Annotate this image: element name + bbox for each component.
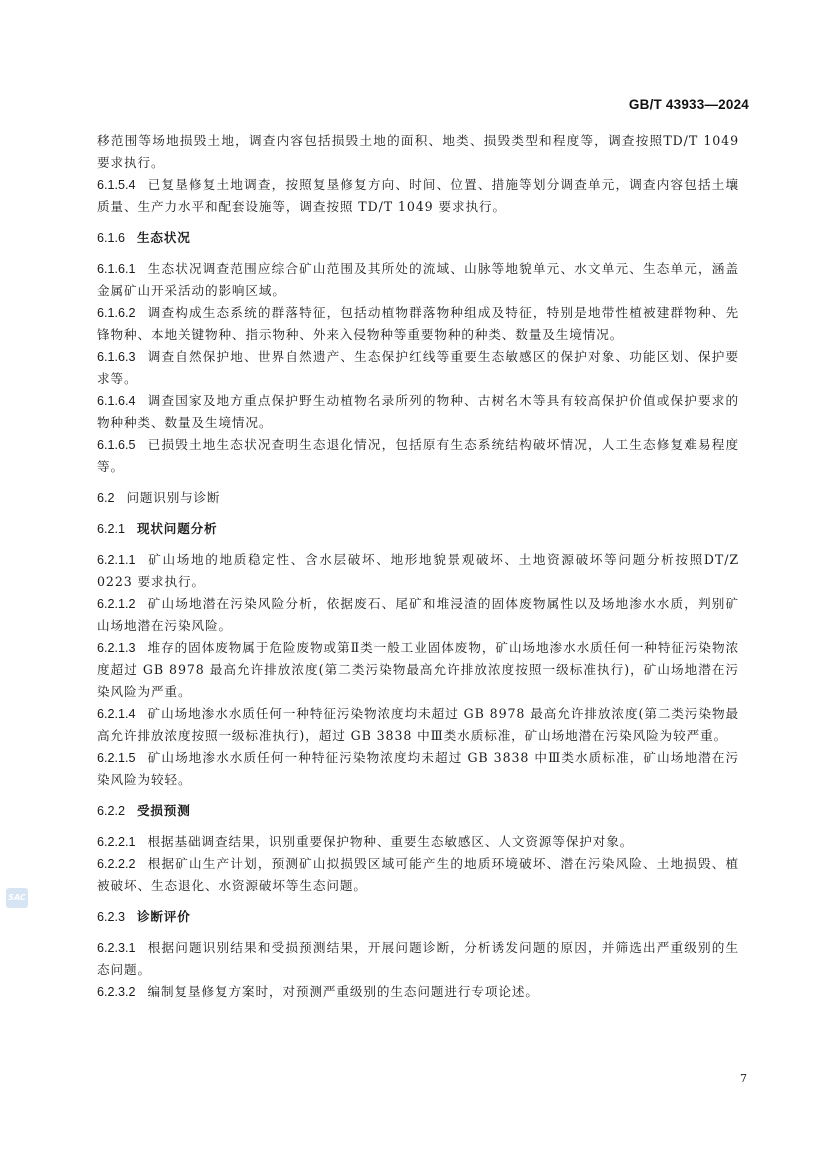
clause-number: 6.1.6.3: [97, 350, 136, 364]
paragraph-text: 已复垦修复土地调查，按照复垦修复方向、时间、位置、措施等划分调查单元，调查内容包…: [97, 177, 739, 214]
paragraph-text: 根据矿山生产计划，预测矿山拟损毁区域可能产生的地质环境破坏、潜在污染风险、土地损…: [97, 856, 739, 893]
section-number: 6.2.2: [97, 804, 125, 818]
clause-6-2-1-2: 6.2.1.2矿山场地潜在污染风险分析，依据废石、尾矿和堆浸渣的固体废物属性以及…: [97, 593, 739, 637]
paragraph-text: 调查国家及地方重点保护野生动植物名录所列的物种、古树名木等具有较高保护价值或保护…: [97, 393, 739, 430]
clause-number: 6.1.6.4: [97, 394, 136, 408]
clause-number: 6.1.5.4: [97, 178, 136, 192]
clause-6-1-6-5: 6.1.6.5已损毁土地生态状况查明生态退化情况，包括原有生态系统结构破坏情况，…: [97, 434, 739, 478]
paragraph-continued: 移范围等场地损毁土地，调查内容包括损毁土地的面积、地类、损毁类型和程度等，调查按…: [97, 130, 739, 174]
section-heading-6-2: 6.2问题识别与诊断: [97, 487, 739, 509]
section-heading-6-1-6: 6.1.6生态状况: [97, 227, 739, 249]
clause-number: 6.2.1.5: [97, 751, 136, 765]
clause-6-2-1-1: 6.2.1.1矿山场地的地质稳定性、含水层破坏、地形地貌景观破坏、土地资源破坏等…: [97, 549, 739, 593]
section-title: 问题识别与诊断: [127, 490, 221, 505]
standard-code-header: GB/T 43933—2024: [629, 97, 749, 112]
clause-6-1-5-4: 6.1.5.4已复垦修复土地调查，按照复垦修复方向、时间、位置、措施等划分调查单…: [97, 174, 739, 218]
section-number: 6.2.3: [97, 910, 125, 924]
clause-6-2-3-1: 6.2.3.1根据问题识别结果和受损预测结果，开展问题诊断，分析诱发问题的原因，…: [97, 937, 739, 981]
paragraph-text: 根据问题识别结果和受损预测结果，开展问题诊断，分析诱发问题的原因，并筛选出严重级…: [97, 940, 739, 977]
clause-number: 6.2.3.2: [97, 985, 136, 999]
clause-6-1-6-3: 6.1.6.3调查自然保护地、世界自然遗产、生态保护红线等重要生态敏感区的保护对…: [97, 346, 739, 390]
clause-6-2-2-2: 6.2.2.2根据矿山生产计划，预测矿山拟损毁区域可能产生的地质环境破坏、潜在污…: [97, 853, 739, 897]
document-body: 移范围等场地损毁土地，调查内容包括损毁土地的面积、地类、损毁类型和程度等，调查按…: [97, 130, 739, 1003]
sac-watermark-logo: SAC: [6, 888, 28, 908]
clause-number: 6.2.1.1: [97, 553, 136, 567]
paragraph-text: 调查构成生态系统的群落特征，包括动植物群落物种组成及特征，特别是地带性植被建群物…: [97, 305, 739, 342]
paragraph-text: 生态状况调查范围应综合矿山范围及其所处的流域、山脉等地貌单元、水文单元、生态单元…: [97, 261, 739, 298]
paragraph-text: 调查自然保护地、世界自然遗产、生态保护红线等重要生态敏感区的保护对象、功能区划、…: [97, 349, 739, 386]
section-title: 诊断评价: [137, 909, 191, 924]
clause-number: 6.1.6.2: [97, 306, 136, 320]
clause-number: 6.1.6.5: [97, 438, 136, 452]
paragraph-text: 移范围等场地损毁土地，调查内容包括损毁土地的面积、地类、损毁类型和程度等，调查按…: [97, 133, 739, 170]
paragraph-text: 已损毁土地生态状况查明生态退化情况，包括原有生态系统结构破坏情况，人工生态修复难…: [97, 437, 739, 474]
clause-number: 6.2.2.1: [97, 835, 136, 849]
clause-number: 6.2.1.2: [97, 597, 136, 611]
clause-number: 6.1.6.1: [97, 262, 136, 276]
paragraph-text: 矿山场地潜在污染风险分析，依据废石、尾矿和堆浸渣的固体废物属性以及场地渗水水质，…: [97, 596, 739, 633]
section-number: 6.1.6: [97, 231, 125, 245]
clause-6-2-2-1: 6.2.2.1根据基础调查结果，识别重要保护物种、重要生态敏感区、人文资源等保护…: [97, 831, 739, 853]
clause-6-1-6-2: 6.1.6.2调查构成生态系统的群落特征，包括动植物群落物种组成及特征，特别是地…: [97, 302, 739, 346]
paragraph-text: 堆存的固体废物属于危险废物或第Ⅱ类一般工业固体废物，矿山场地渗水水质任何一种特征…: [97, 640, 739, 699]
paragraph-text: 矿山场地的地质稳定性、含水层破坏、地形地貌景观破坏、土地资源破坏等问题分析按照D…: [97, 552, 739, 589]
clause-number: 6.2.2.2: [97, 857, 136, 871]
paragraph-text: 根据基础调查结果，识别重要保护物种、重要生态敏感区、人文资源等保护对象。: [148, 834, 634, 849]
paragraph-text: 矿山场地渗水水质任何一种特征污染物浓度均未超过 GB 3838 中Ⅲ类水质标准，…: [97, 750, 739, 787]
section-title: 受损预测: [137, 803, 191, 818]
section-heading-6-2-3: 6.2.3诊断评价: [97, 906, 739, 928]
clause-6-1-6-4: 6.1.6.4调查国家及地方重点保护野生动植物名录所列的物种、古树名木等具有较高…: [97, 390, 739, 434]
paragraph-text: 矿山场地渗水水质任何一种特征污染物浓度均未超过 GB 8978 最高允许排放浓度…: [97, 706, 739, 743]
section-heading-6-2-1: 6.2.1现状问题分析: [97, 518, 739, 540]
section-title: 现状问题分析: [137, 521, 217, 536]
clause-number: 6.2.3.1: [97, 941, 136, 955]
paragraph-text: 编制复垦修复方案时，对预测严重级别的生态问题进行专项论述。: [148, 984, 539, 999]
section-title: 生态状况: [137, 230, 191, 245]
clause-number: 6.2.1.4: [97, 707, 136, 721]
section-number: 6.2: [97, 491, 115, 505]
clause-6-1-6-1: 6.1.6.1生态状况调查范围应综合矿山范围及其所处的流域、山脉等地貌单元、水文…: [97, 258, 739, 302]
clause-6-2-3-2: 6.2.3.2编制复垦修复方案时，对预测严重级别的生态问题进行专项论述。: [97, 981, 739, 1003]
clause-6-2-1-3: 6.2.1.3堆存的固体废物属于危险废物或第Ⅱ类一般工业固体废物，矿山场地渗水水…: [97, 637, 739, 703]
clause-number: 6.2.1.3: [97, 641, 136, 655]
section-number: 6.2.1: [97, 522, 125, 536]
clause-6-2-1-5: 6.2.1.5矿山场地渗水水质任何一种特征污染物浓度均未超过 GB 3838 中…: [97, 747, 739, 791]
section-heading-6-2-2: 6.2.2受损预测: [97, 800, 739, 822]
clause-6-2-1-4: 6.2.1.4矿山场地渗水水质任何一种特征污染物浓度均未超过 GB 8978 最…: [97, 703, 739, 747]
page-number: 7: [740, 1072, 747, 1085]
